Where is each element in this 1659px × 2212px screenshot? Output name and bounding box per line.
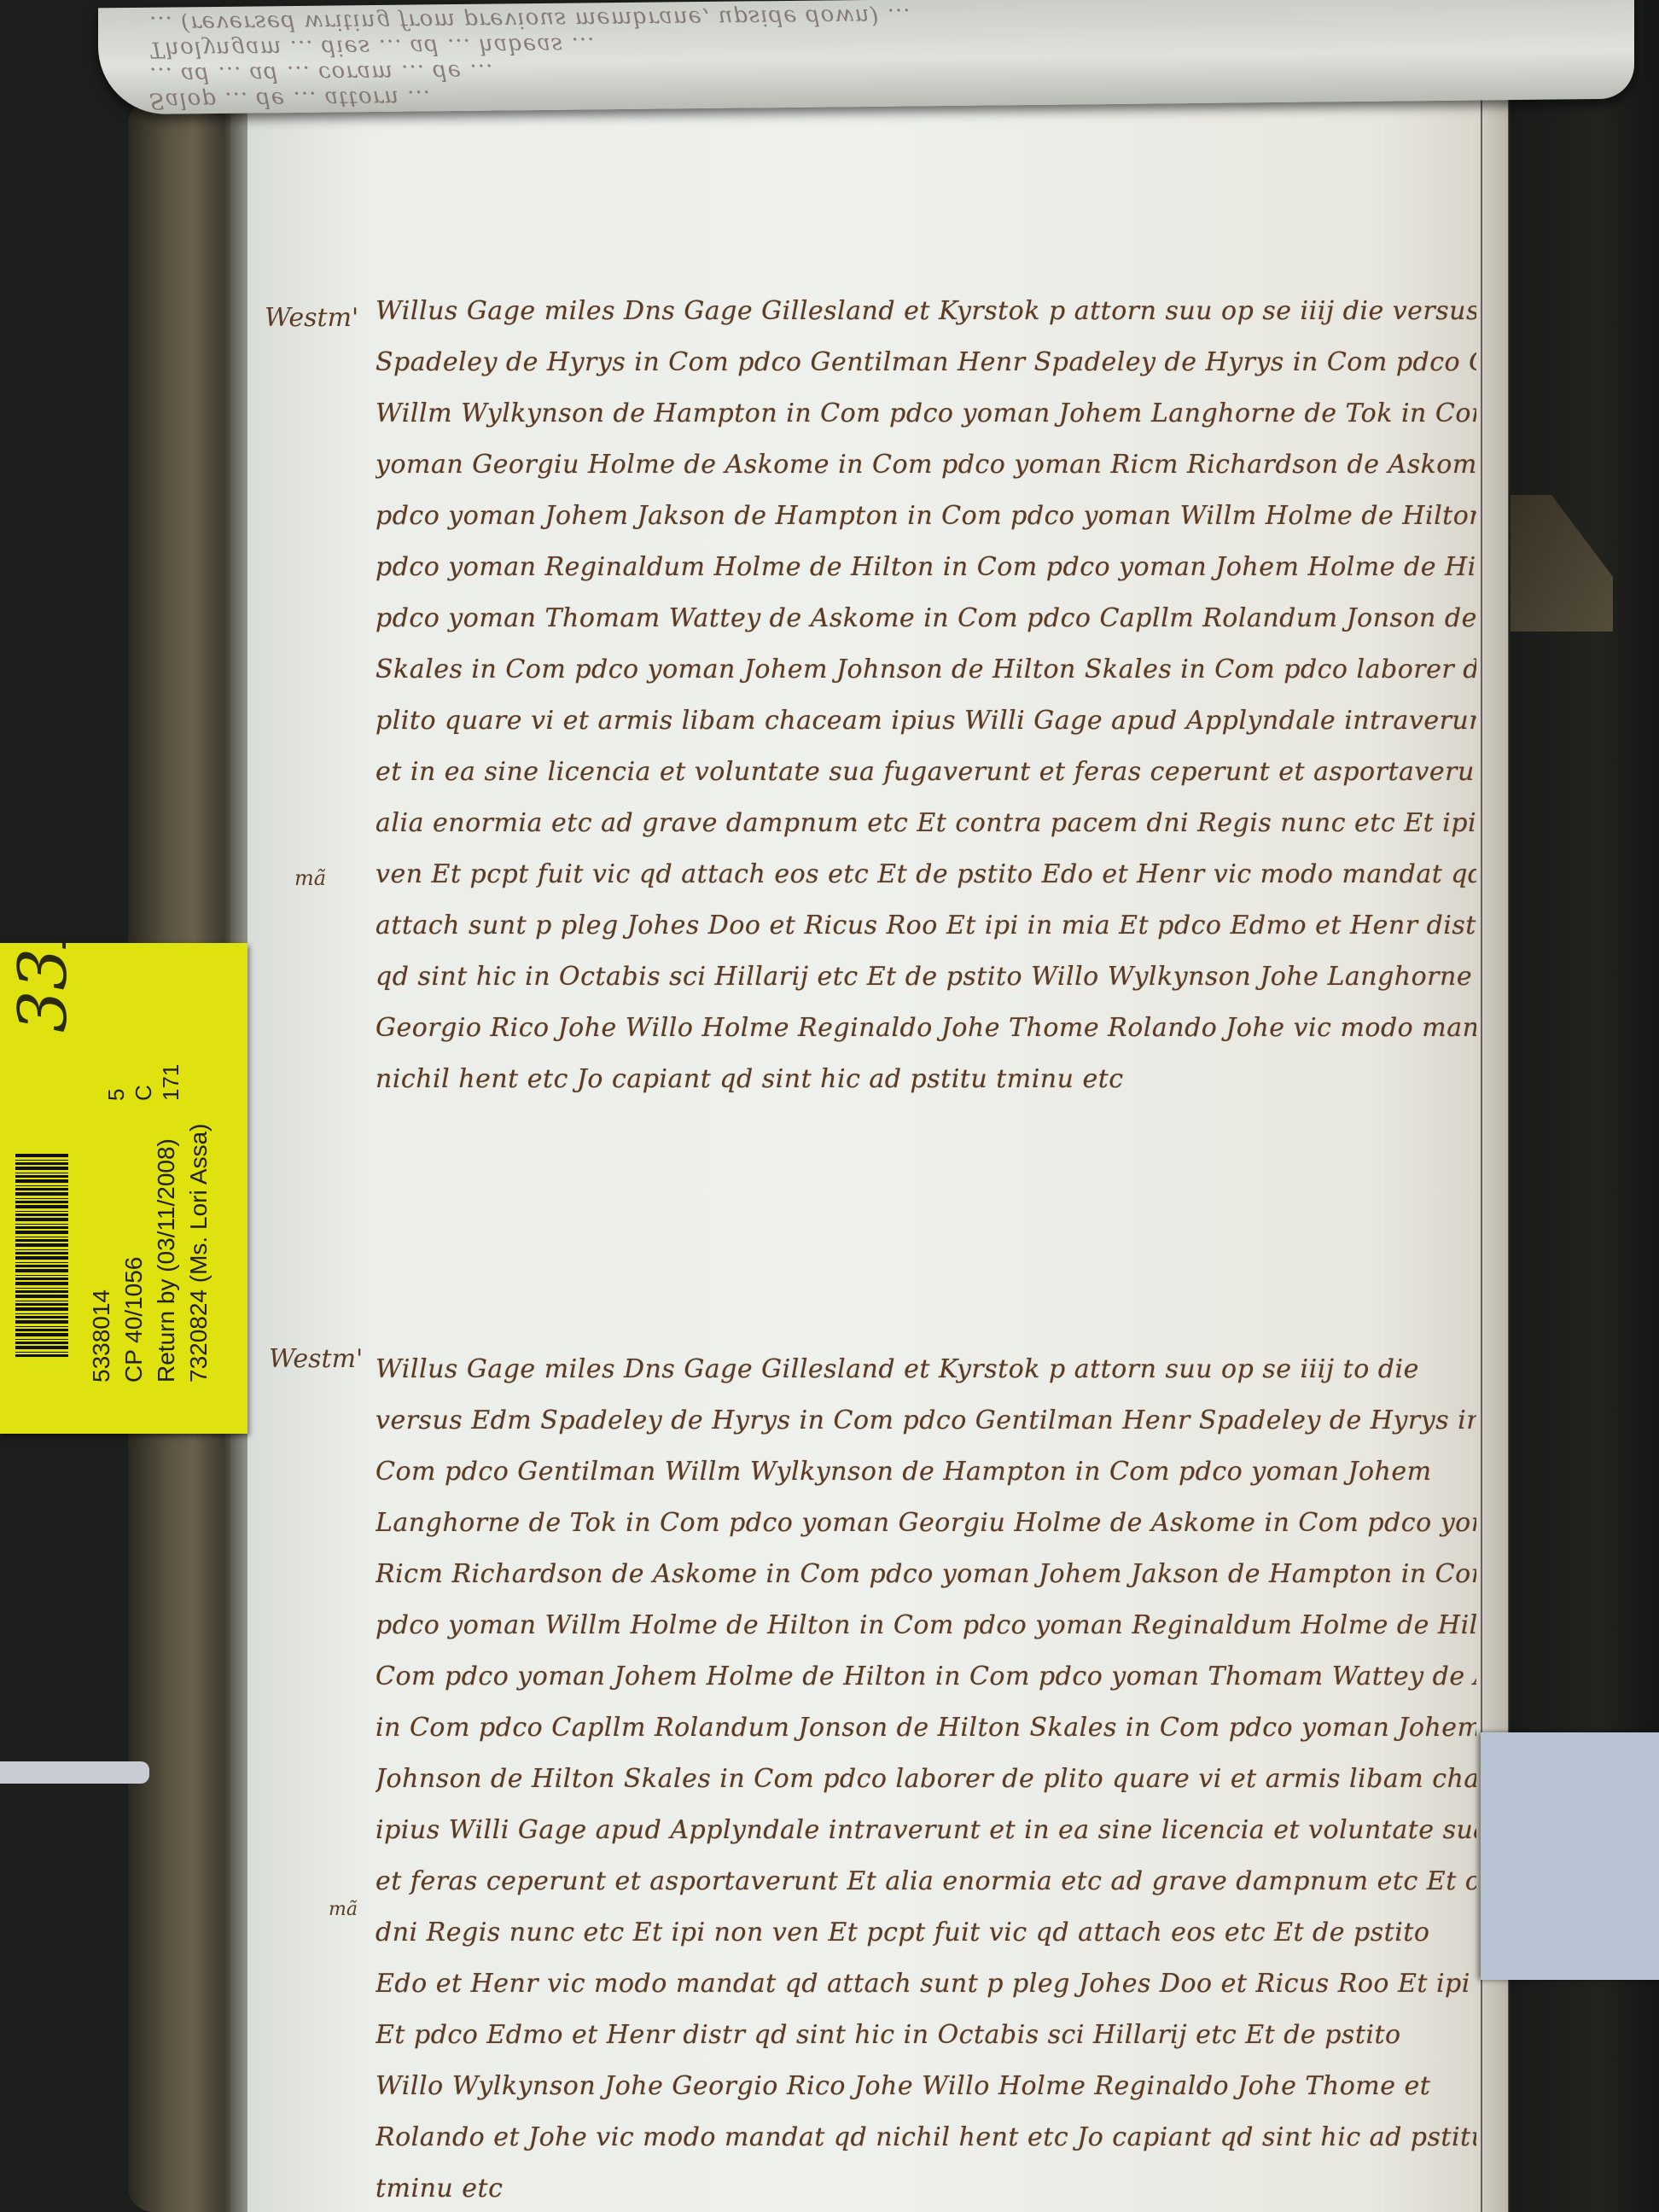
text-line: Et pdco Edmo et Henr distr qd sint hic i…	[375, 2010, 1476, 2061]
text-line: in Com pdco Capllm Rolandum Jonson de Hi…	[375, 1703, 1476, 1754]
text-line: qd sint hic in Octabis sci Hillarij etc …	[375, 952, 1476, 1003]
text-line: pdco yoman Reginaldum Holme de Hilton in…	[375, 542, 1476, 593]
bookmark-ribbon	[0, 1761, 149, 1784]
text-line: Willo Wylkynson Johe Georgio Rico Johe W…	[375, 2061, 1476, 2112]
margin-misericordia-note: mã	[329, 1899, 358, 1920]
text-line: Com pdco Gentilman Willm Wylkynson de Ha…	[375, 1447, 1476, 1498]
text-line: yoman Georgiu Holme de Askome in Com pdc…	[375, 439, 1476, 491]
text-line: Edo et Henr vic modo mandat qd attach su…	[375, 1959, 1476, 2010]
text-line: Georgio Rico Johe Willo Holme Reginaldo …	[375, 1003, 1476, 1054]
text-line: Com pdco yoman Johem Holme de Hilton in …	[375, 1651, 1476, 1703]
return-date: Return by (03/11/2008)	[150, 1124, 183, 1383]
barcode-icon	[15, 1152, 68, 1357]
text-line: Willm Wylkynson de Hampton in Com pdco y…	[375, 388, 1476, 439]
text-line: Willus Gage miles Dns Gage Gillesland et…	[375, 1344, 1476, 1395]
text-line: alia enormia etc ad grave dampnum etc Et…	[375, 798, 1476, 849]
text-line: pdco yoman Willm Holme de Hilton in Com …	[375, 1600, 1476, 1651]
text-line: et feras ceperunt et asportaverunt Et al…	[375, 1856, 1476, 1907]
text-line: Johnson de Hilton Skales in Com pdco lab…	[375, 1754, 1476, 1805]
plea-entry-1: Willus Gage miles Dns Gage Gillesland et…	[375, 286, 1476, 1105]
reader-ticket: 7320824 (Ms. Lori Assa)	[183, 1124, 215, 1383]
text-line: Ricm Richardson de Askome in Com pdco yo…	[375, 1549, 1476, 1600]
document-reference: CP 40/1056	[118, 1124, 150, 1383]
text-line: Skales in Com pdco yoman Johem Johnson d…	[375, 644, 1476, 696]
plea-entry-2: Willus Gage miles Dns Gage Gillesland et…	[375, 1344, 1476, 2212]
text-line: attach sunt p pleg Johes Doo et Ricus Ro…	[375, 900, 1476, 952]
text-line: et in ea sine licencia et voluntate sua …	[375, 747, 1476, 798]
text-line: pdco yoman Johem Jakson de Hampton in Co…	[375, 491, 1476, 542]
margin-county-note: Westm'	[265, 303, 358, 333]
text-line: Willus Gage miles Dns Gage Gillesland et…	[375, 286, 1476, 337]
text-line: plito quare vi et armis libam chaceam ip…	[375, 696, 1476, 747]
text-line: pdco yoman Thomam Wattey de Askome in Co…	[375, 593, 1476, 644]
text-line: nichil hent etc Jo capiant qd sint hic a…	[375, 1054, 1476, 1105]
shelf-codes: 5 C 171	[102, 1064, 184, 1101]
folded-previous-membrane: ... (reversed writing from previous memb…	[98, 0, 1634, 114]
handwritten-code: 33E	[5, 943, 82, 1033]
text-line: tminu etc	[375, 2163, 1476, 2212]
margin-county-note: Westm'	[269, 1344, 363, 1374]
archive-request-label: 33E 5 C 171 5338014 CP 40/1056 Return by…	[0, 943, 247, 1434]
margin-misericordia-note: mã	[294, 866, 326, 890]
text-line: dni Regis nunc etc Et ipi non ven Et pcp…	[375, 1907, 1476, 1959]
barcode-number: 5338014	[85, 1124, 118, 1383]
text-line: Spadeley de Hyrys in Com pdco Gentilman …	[375, 337, 1476, 388]
text-line: ipius Willi Gage apud Applyndale intrave…	[375, 1805, 1476, 1856]
text-line: versus Edm Spadeley de Hyrys in Com pdco…	[375, 1395, 1476, 1447]
label-text: 5338014 CP 40/1056 Return by (03/11/2008…	[85, 1124, 215, 1383]
text-line: Rolando et Johe vic modo mandat qd nichi…	[375, 2112, 1476, 2163]
text-line: Langhorne de Tok in Com pdco yoman Georg…	[375, 1498, 1476, 1549]
text-line: ven Et pcpt fuit vic qd attach eos etc E…	[375, 849, 1476, 900]
white-card-marker	[1481, 1732, 1659, 1980]
